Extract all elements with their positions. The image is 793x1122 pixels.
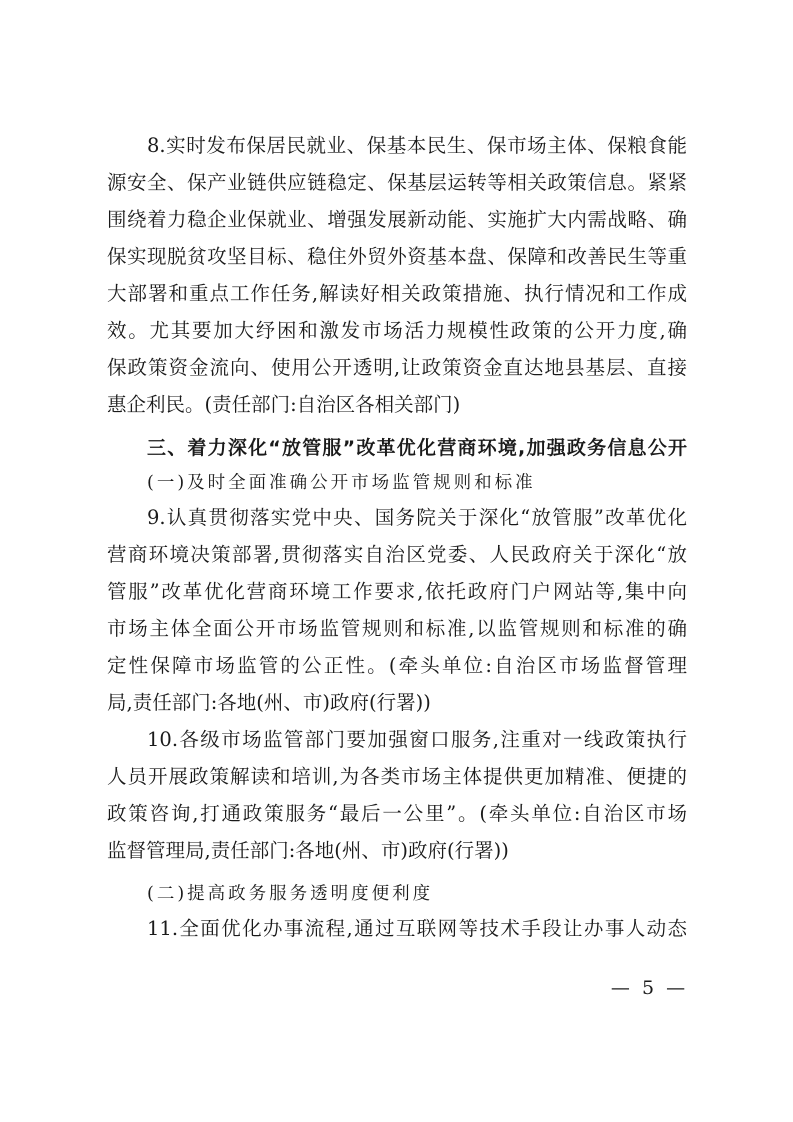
text-line: 大部署和重点工作任务,解读好相关政策措施、执行情况和工作成 xyxy=(107,279,687,309)
text-line: 11.全面优化办事流程,通过互联网等技术手段让办事人动态 xyxy=(147,914,687,944)
text-line: 保政策资金流向、使用公开透明,让政策资金直达地县基层、直接 xyxy=(107,353,687,383)
text-line: 政策咨询,打通政策服务“最后一公里”。(牵头单位:自治区市场 xyxy=(107,799,687,829)
text-line: 市场主体全面公开市场监管规则和标准,以监管规则和标准的确 xyxy=(107,614,687,644)
text-line: 10.各级市场监管部门要加强窗口服务,注重对一线政策执行 xyxy=(147,725,687,755)
page-number: — 5 — xyxy=(608,973,688,1003)
section-heading: 三、着力深化“放管服”改革优化营商环境,加强政务信息公开 xyxy=(147,433,687,463)
subsection-heading: (一)及时全面准确公开市场监管规则和标准 xyxy=(147,468,687,498)
text-line: 人员开展政策解读和培训,为各类市场主体提供更加精准、便捷的 xyxy=(107,762,687,792)
text-line: 8.实时发布保居民就业、保基本民生、保市场主体、保粮食能 xyxy=(147,131,687,161)
text-line: 监督管理局,责任部门:各地(州、市)政府(行署)) xyxy=(107,836,687,866)
text-line: 定性保障市场监管的公正性。(牵头单位:自治区市场监督管理 xyxy=(107,651,687,681)
text-line: 源安全、保产业链供应链稳定、保基层运转等相关政策信息。紧紧 xyxy=(107,168,687,198)
text-line: 9.认真贯彻落实党中央、国务院关于深化“放管服”改革优化 xyxy=(147,503,687,533)
text-line: 围绕着力稳企业保就业、增强发展新动能、实施扩大内需战略、确 xyxy=(107,205,687,235)
subsection-heading: (二)提高政务服务透明度便利度 xyxy=(147,879,687,909)
text-line: 惠企利民。(责任部门:自治区各相关部门) xyxy=(107,390,687,420)
text-line: 管服”改革优化营商环境工作要求,依托政府门户网站等,集中向 xyxy=(107,577,687,607)
text-line: 保实现脱贫攻坚目标、稳住外贸外资基本盘、保障和改善民生等重 xyxy=(107,242,687,272)
text-line: 局,责任部门:各地(州、市)政府(行署)) xyxy=(107,688,687,718)
text-line: 效。尤其要加大纾困和激发市场活力规模性政策的公开力度,确 xyxy=(107,316,687,346)
text-line: 营商环境决策部署,贯彻落实自治区党委、人民政府关于深化“放 xyxy=(107,540,687,570)
